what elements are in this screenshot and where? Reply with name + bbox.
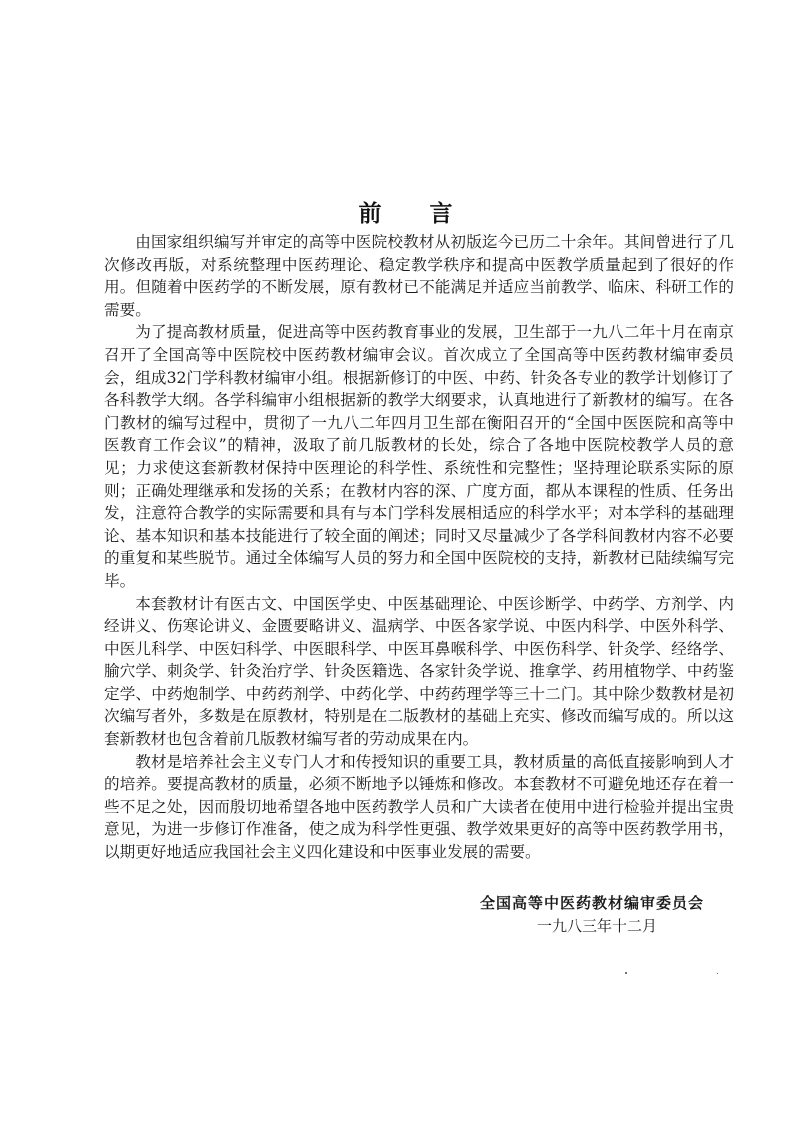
scan-speck bbox=[625, 972, 627, 974]
signature-organization: 全国高等中医药教材编审委员会 bbox=[480, 892, 740, 915]
scan-speck bbox=[436, 215, 437, 216]
document-page: 前言 由国家组织编写并审定的高等中医院校教材从初版迄今已历二十余年。其间曾进行了… bbox=[0, 0, 811, 1122]
paragraph-2: 为了提高教材质量，促进高等中医药教育事业的发展，卫生部于一九八二年十月在南京召开… bbox=[104, 321, 734, 592]
page-title: 前言 bbox=[0, 195, 811, 228]
scan-speck bbox=[717, 973, 718, 974]
signature-block: 全国高等中医药教材编审委员会 一九八三年十二月 bbox=[480, 892, 740, 938]
paragraph-3: 本套教材计有医古文、中国医学史、中医基础理论、中医诊断学、中药学、方剂学、内经讲… bbox=[104, 593, 734, 751]
preface-body: 由国家组织编写并审定的高等中医院校教材从初版迄今已历二十余年。其间曾进行了几次修… bbox=[104, 231, 734, 864]
paragraph-1: 由国家组织编写并审定的高等中医院校教材从初版迄今已历二十余年。其间曾进行了几次修… bbox=[104, 231, 734, 321]
paragraph-4: 教材是培养社会主义专门人才和传授知识的重要工具，教材质量的高低直接影响到人才的培… bbox=[104, 751, 734, 864]
signature-date: 一九八三年十二月 bbox=[480, 915, 740, 938]
